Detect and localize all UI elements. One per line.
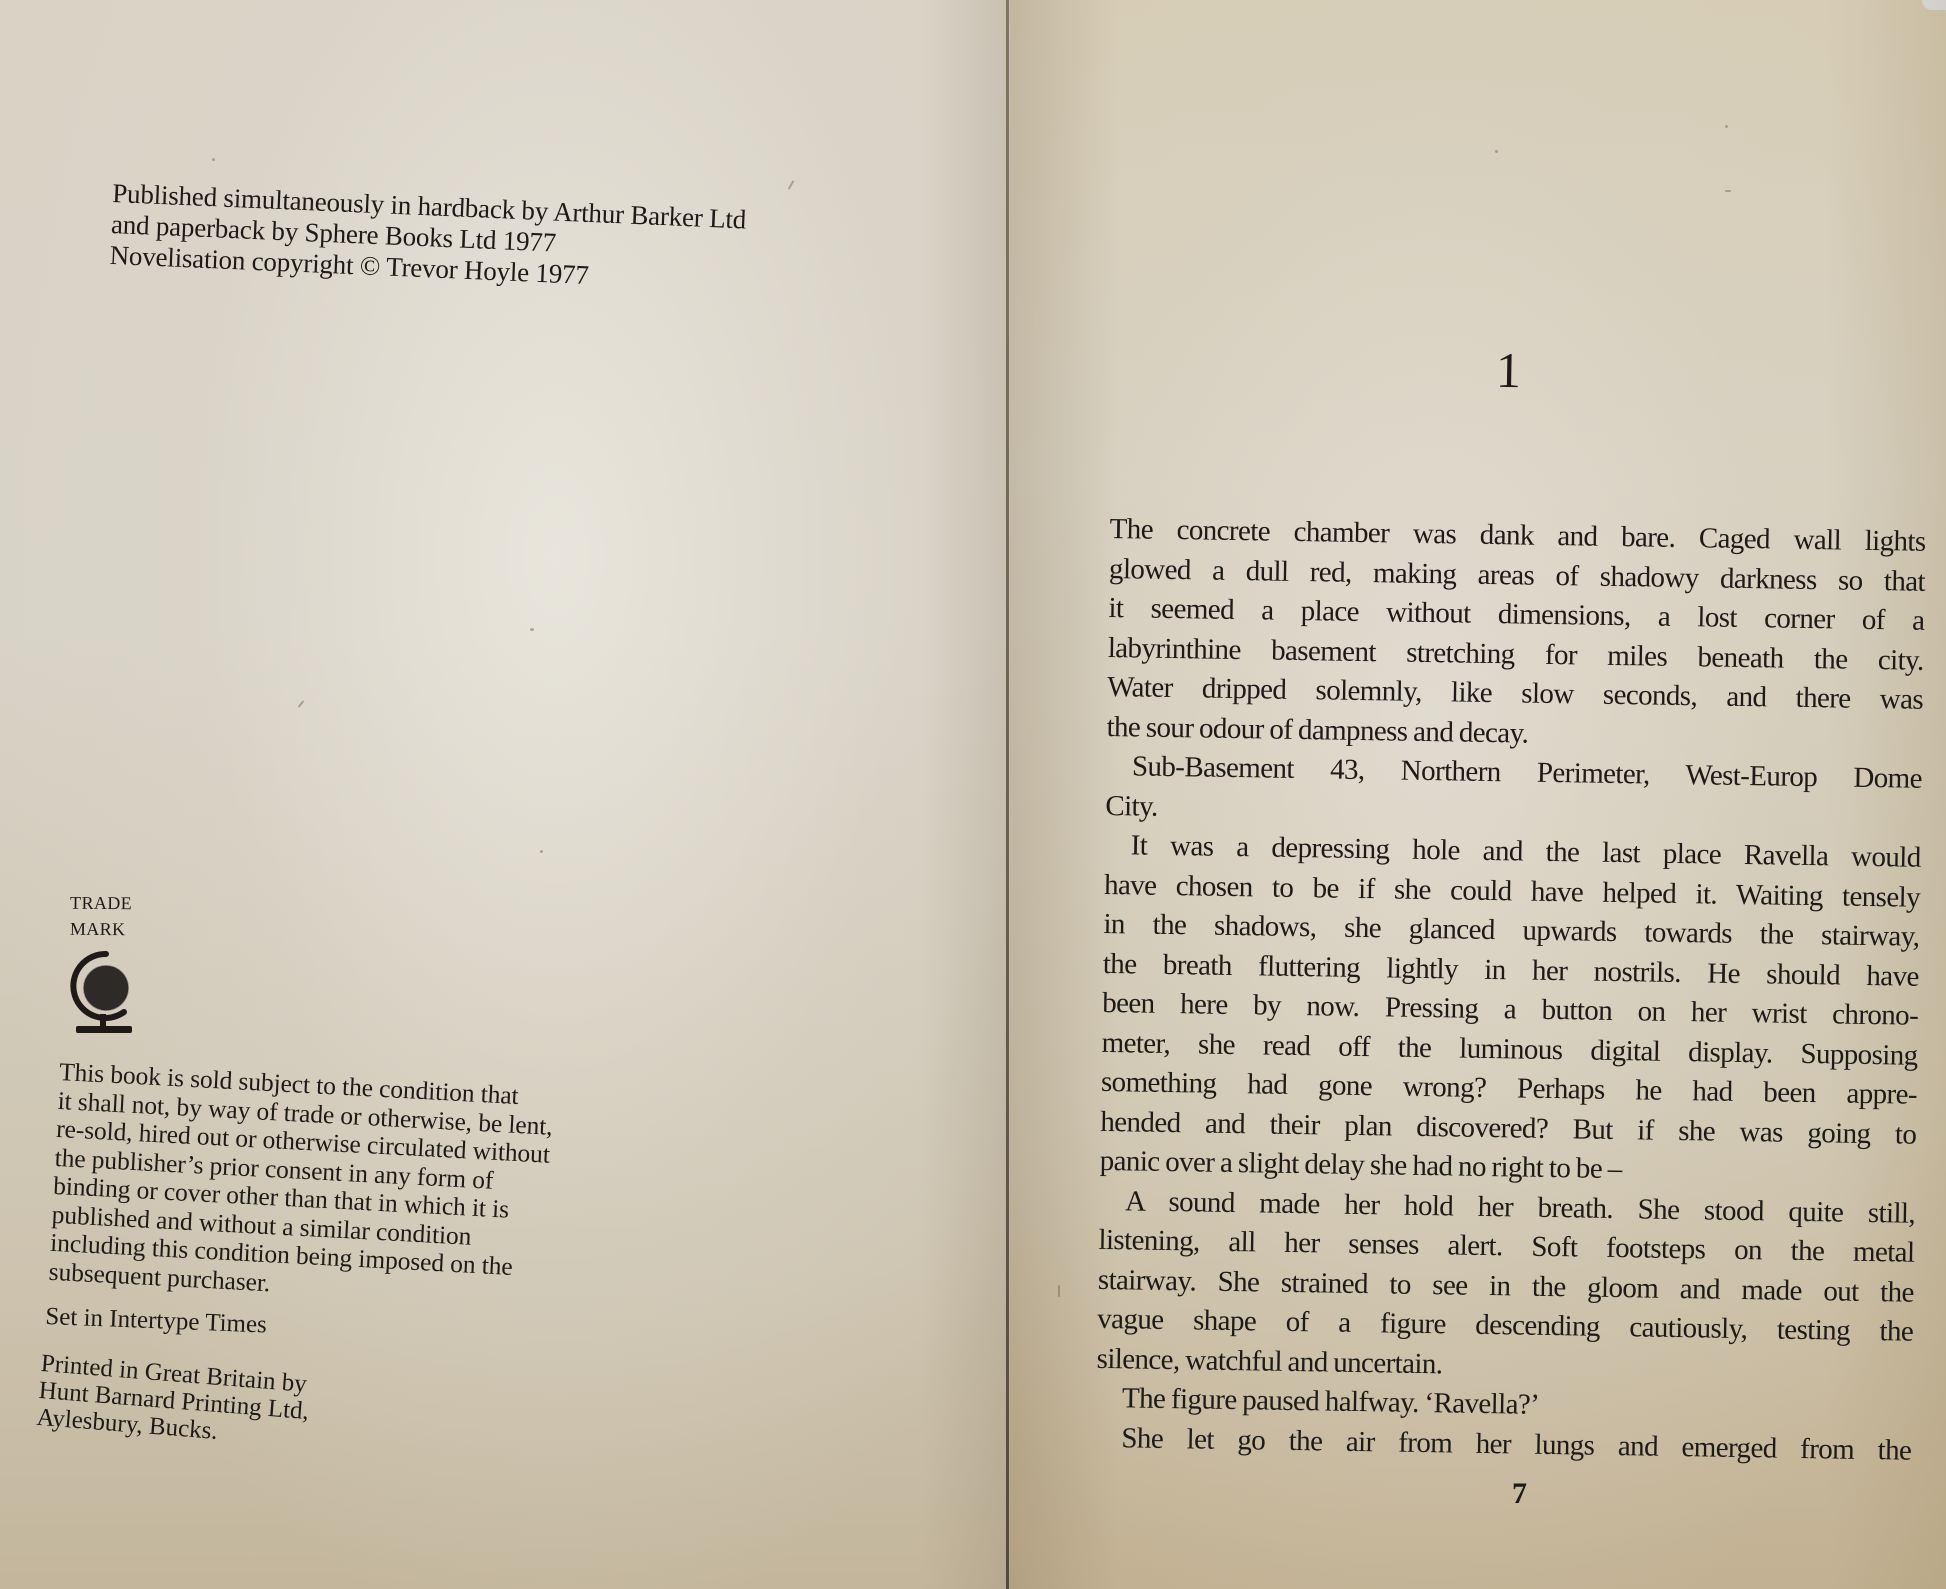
background-corner: [1922, 0, 1946, 10]
trademark-line: MARK: [70, 916, 132, 943]
globe-icon: [66, 950, 136, 1038]
paper-speck: [788, 180, 795, 190]
publication-imprint: Published simultaneously in hardback by …: [109, 178, 872, 303]
paper-speck: [212, 158, 215, 161]
book-spine-gutter: [1006, 0, 1009, 1589]
paper-speck: [1725, 125, 1728, 128]
chapter-body-text: The concrete chamber was dank and bare. …: [1095, 510, 1930, 1471]
paper-speck: [540, 850, 543, 853]
sale-conditions-notice: This book is sold subject to the conditi…: [48, 1058, 699, 1319]
paper-speck: [1495, 150, 1498, 153]
left-page-copyright: Published simultaneously in hardback by …: [0, 0, 1010, 1589]
book-spread: Published simultaneously in hardback by …: [0, 0, 1946, 1589]
paper-speck: [530, 628, 534, 631]
trademark-line: TRADE: [70, 890, 132, 917]
chapter-number: 1: [1495, 340, 1521, 400]
paper-speck: [1725, 190, 1731, 192]
paper-speck: [298, 700, 305, 707]
printer-credit: Printed in Great Britain by Hunt Barnard…: [36, 1350, 312, 1452]
typeset-note: Set in Intertype Times: [45, 1302, 268, 1340]
page-number: 7: [1512, 1476, 1527, 1512]
trademark-label: TRADE MARK: [70, 890, 132, 943]
paper-speck: [1058, 1285, 1060, 1297]
